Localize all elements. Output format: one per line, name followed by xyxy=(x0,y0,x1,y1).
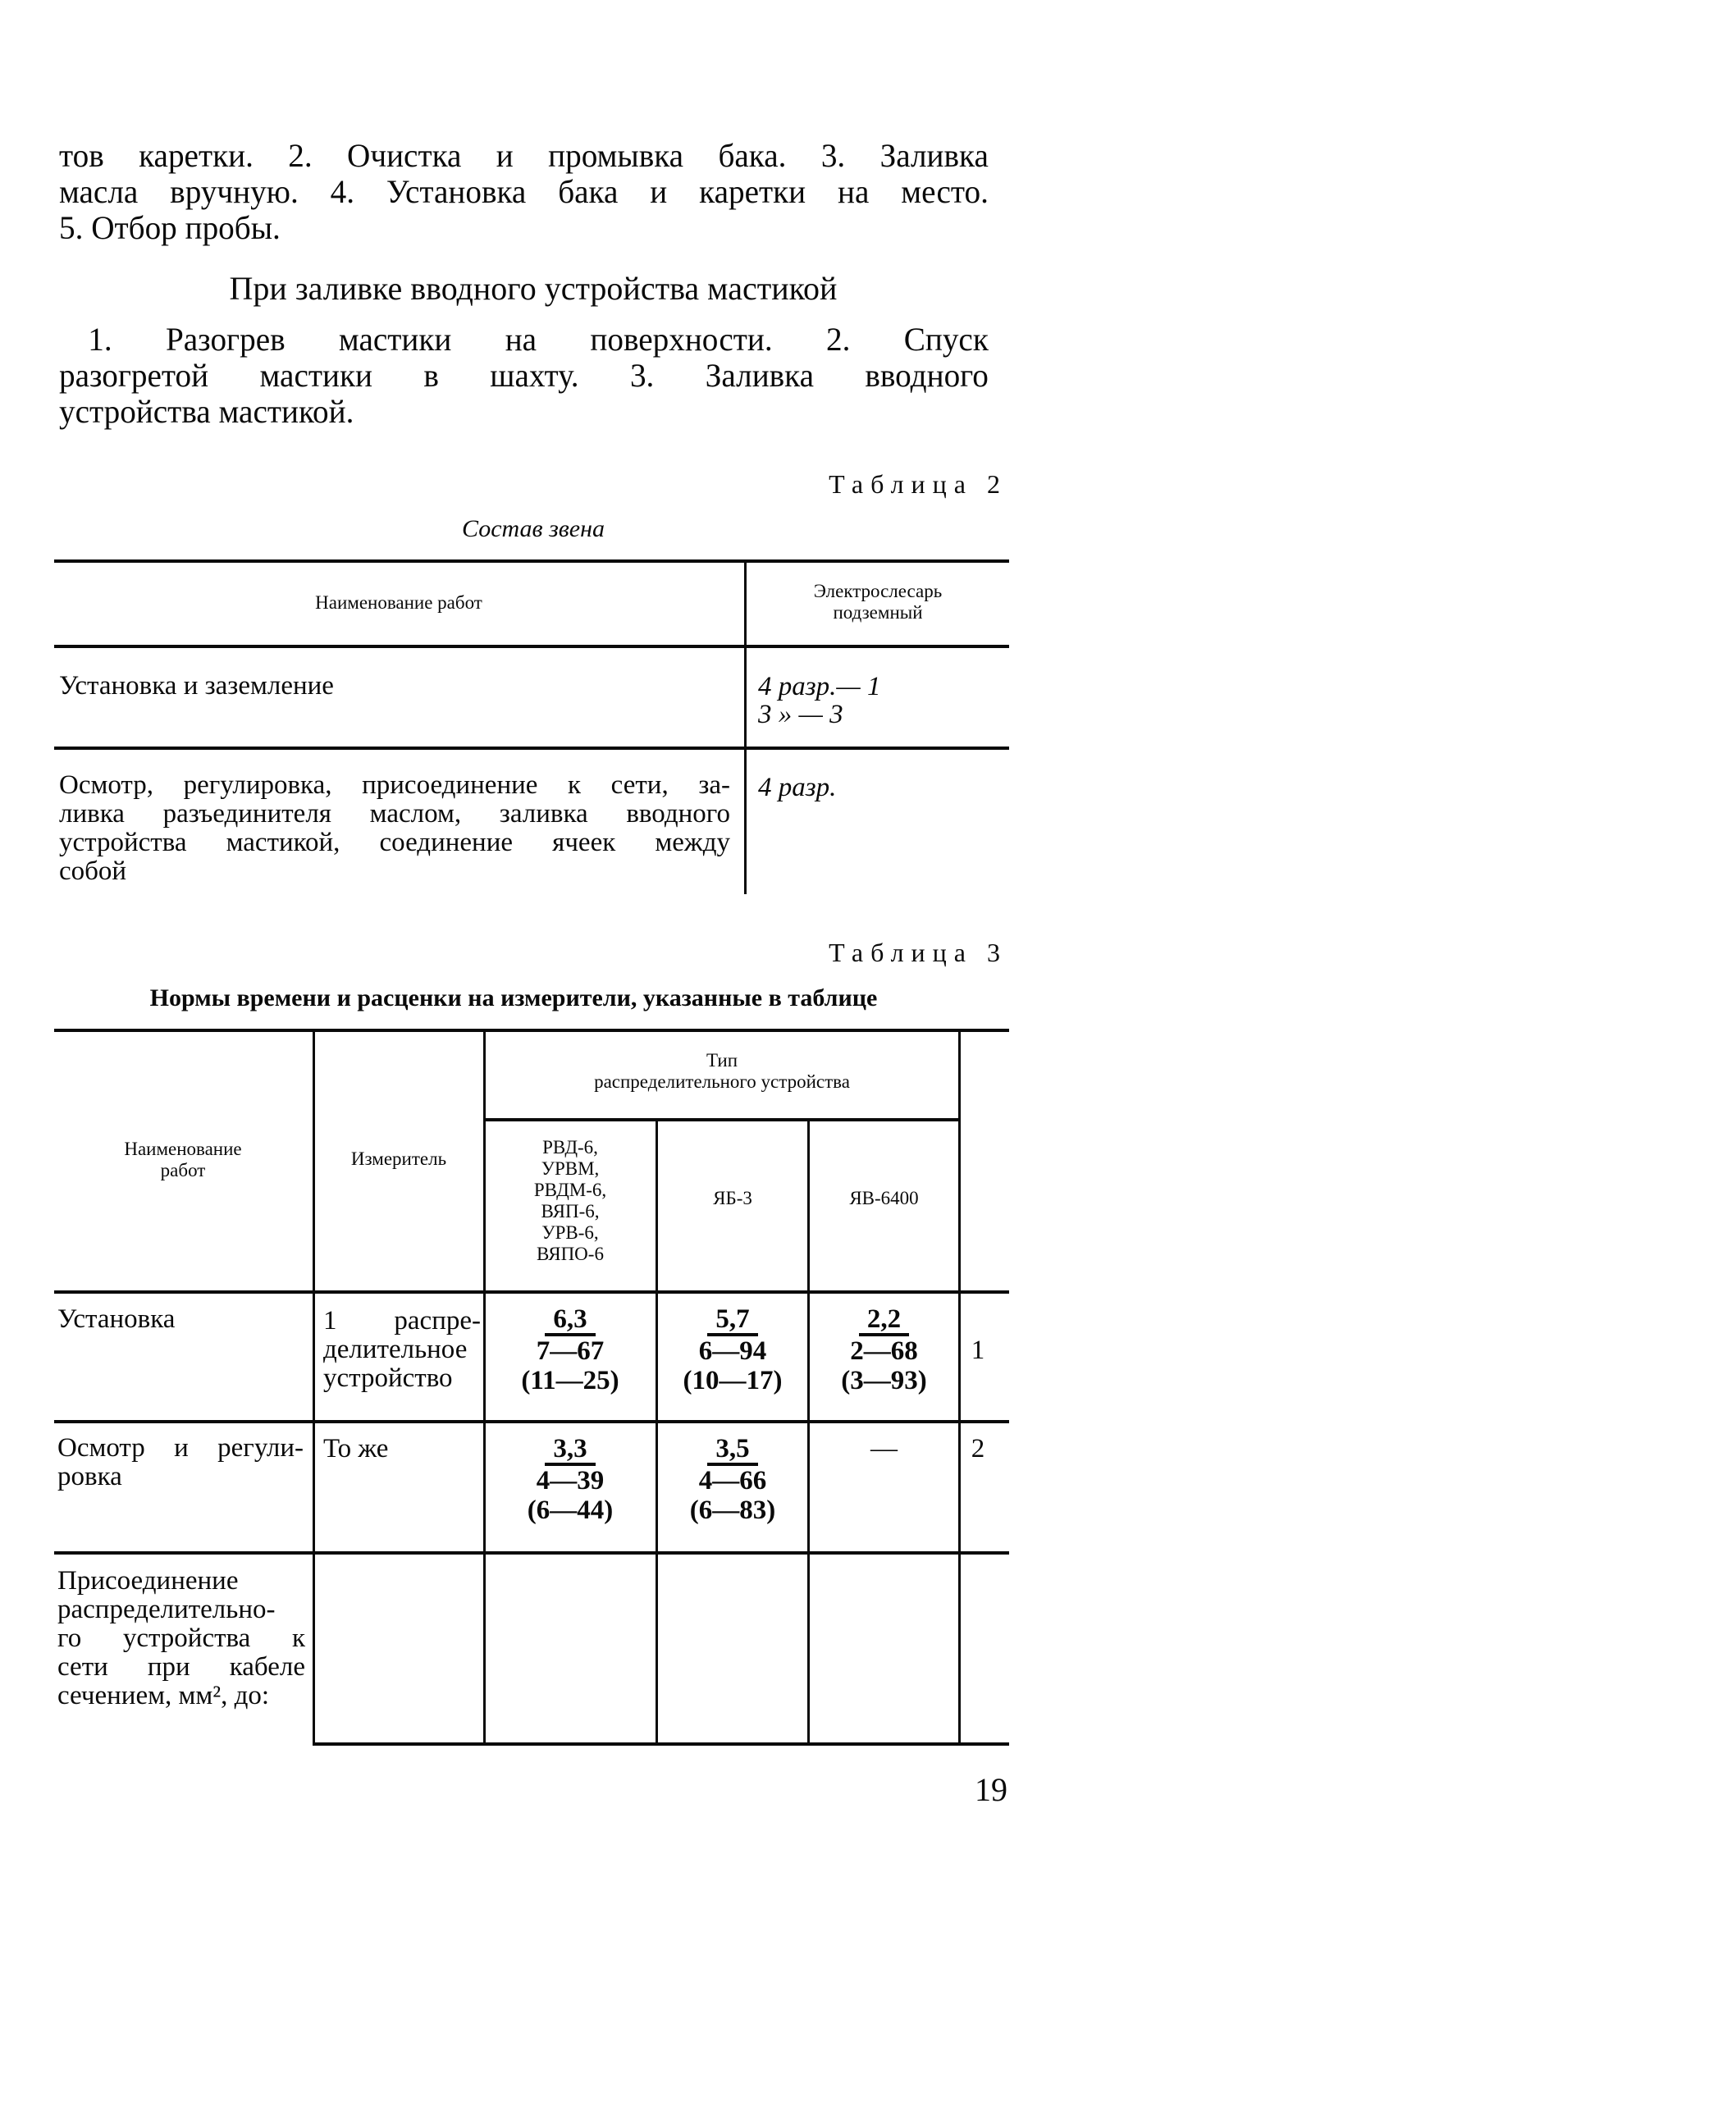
table2-label: Таблица 2 xyxy=(829,469,1007,499)
header-line: распределительного устройства xyxy=(486,1071,958,1093)
price-value: 7—67 xyxy=(486,1336,655,1366)
table2-header-work: Наименование работ xyxy=(54,592,743,614)
work-line: собой xyxy=(59,857,730,886)
work-line: устройства мастикой, соединение ячеек ме… xyxy=(59,829,730,857)
work-line: ровка xyxy=(57,1463,304,1491)
table3-row2-value-2: 3,5 4—66 (6—83) xyxy=(658,1434,807,1525)
price-value: 4—66 xyxy=(658,1466,807,1495)
table3-row2-index: 2 xyxy=(962,1434,994,1463)
unit-line: устройство xyxy=(323,1364,481,1393)
price-value: 2—68 xyxy=(810,1336,958,1366)
type-line: УРВМ, xyxy=(486,1158,655,1180)
table3-caption: Нормы времени и расценки на измерители, … xyxy=(54,984,973,1012)
table3-row1-value-3: 2,2 2—68 (3—93) xyxy=(810,1304,958,1395)
alt-price-value: (11—25) xyxy=(486,1366,655,1395)
table2-row-rule xyxy=(54,747,1009,750)
header-line: Наименование xyxy=(54,1139,312,1160)
work-line: Присоединение xyxy=(57,1567,305,1596)
alt-price-value: (6—83) xyxy=(658,1495,807,1525)
table3-row2-value-1: 3,3 4—39 (6—44) xyxy=(486,1434,655,1525)
work-line: го устройства к xyxy=(57,1624,305,1653)
unit-line: 1 распре- xyxy=(323,1307,481,1336)
staff-line: 3 » — 3 xyxy=(758,701,1004,728)
work-line: Осмотр, регулировка, присоединение к сет… xyxy=(59,771,730,800)
table2-header-staff: Электрослесарь подземный xyxy=(747,581,1009,623)
unit-line: делительное xyxy=(323,1336,481,1364)
table3-bottom-rule xyxy=(313,1742,1009,1746)
intro-paragraph: тов каретки. 2. Очистка и промывка бака.… xyxy=(59,138,989,246)
work-line: Осмотр и регули- xyxy=(57,1434,304,1463)
section-paragraph: 1. Разогрев мастики на поверхности. 2. С… xyxy=(59,322,989,430)
table3-row1-value-2: 5,7 6—94 (10—17) xyxy=(658,1304,807,1395)
work-line: распределительно- xyxy=(57,1596,305,1624)
table3-row1-rule xyxy=(54,1420,1009,1423)
section-heading: При заливке вводного устройства мастикой xyxy=(59,271,1007,307)
section-line: устройства мастикой. xyxy=(59,394,989,430)
norm-value: 3,5 xyxy=(707,1435,757,1466)
norm-value: 2,2 xyxy=(859,1305,909,1336)
norm-value: 3,3 xyxy=(545,1435,595,1466)
table3-row2-unit: То же xyxy=(323,1434,481,1463)
price-value: 6—94 xyxy=(658,1336,807,1366)
table3-row2-rule xyxy=(54,1551,1009,1555)
table2-row1-staff: 4 разр.— 1 3 » — 3 xyxy=(758,673,1004,728)
table3-top-rule xyxy=(54,1029,1009,1032)
staff-line: 4 разр.— 1 xyxy=(758,673,1004,701)
table2-row2-staff: 4 разр. xyxy=(758,773,1004,802)
table3-row1-unit: 1 распре- делительное устройство xyxy=(323,1307,481,1393)
table3-header-group: Тип распределительного устройства xyxy=(486,1050,958,1093)
price-value: 4—39 xyxy=(486,1466,655,1495)
table3-header-type-2: ЯБ-3 xyxy=(658,1188,807,1209)
table3-col-divider xyxy=(807,1120,810,1746)
table3-group-rule xyxy=(484,1118,960,1121)
table3-label: Таблица 3 xyxy=(829,938,1007,967)
header-line: Тип xyxy=(486,1050,958,1071)
table2-row1-work: Установка и заземление xyxy=(59,671,732,701)
norm-value: 6,3 xyxy=(545,1305,595,1336)
table3-header-rule xyxy=(54,1290,1009,1294)
table2-top-rule xyxy=(54,559,1009,563)
header-line: работ xyxy=(54,1160,312,1181)
alt-price-value: (10—17) xyxy=(658,1366,807,1395)
header-line: Электрослесарь xyxy=(747,581,1009,602)
table3-row1-work: Установка xyxy=(57,1304,304,1334)
table3-row2-work: Осмотр и регули- ровка xyxy=(57,1434,304,1491)
table2-caption: Состав звена xyxy=(59,515,1007,543)
table3-row1-value-1: 6,3 7—67 (11—25) xyxy=(486,1304,655,1395)
page-number: 19 xyxy=(975,1772,1007,1808)
table3-header-unit: Измеритель xyxy=(315,1148,482,1170)
type-line: ВЯПО-6 xyxy=(486,1244,655,1265)
table3-col-divider xyxy=(656,1120,658,1746)
work-line: сечением, мм², до: xyxy=(57,1682,305,1710)
table3-col-divider xyxy=(313,1030,315,1746)
table3-header-type-3: ЯВ-6400 xyxy=(810,1188,958,1209)
norm-value: 5,7 xyxy=(707,1305,757,1336)
header-line: подземный xyxy=(747,602,1009,623)
intro-line: тов каретки. 2. Очистка и промывка бака.… xyxy=(59,138,989,174)
table3-col-divider xyxy=(958,1030,961,1746)
section-line: разогретой мастики в шахту. 3. Заливка в… xyxy=(59,358,989,394)
table3-header-type-1: РВД-6, УРВМ, РВДМ-6, ВЯП-6, УРВ-6, ВЯПО-… xyxy=(486,1137,655,1265)
table3-row3-work: Присоединение распределительно- го устро… xyxy=(57,1567,305,1710)
table3-header-work: Наименование работ xyxy=(54,1139,312,1181)
table2-row2-work: Осмотр, регулировка, присоединение к сет… xyxy=(59,771,730,886)
table3-row2-value-3-dash: — xyxy=(810,1434,958,1463)
work-line: сети при кабеле xyxy=(57,1653,305,1682)
type-line: РВД-6, xyxy=(486,1137,655,1158)
alt-price-value: (6—44) xyxy=(486,1495,655,1525)
table2-header-rule xyxy=(54,645,1009,648)
type-line: УРВ-6, xyxy=(486,1222,655,1244)
table3-row1-index: 1 xyxy=(962,1336,994,1365)
intro-line: масла вручную. 4. Установка бака и карет… xyxy=(59,174,989,210)
alt-price-value: (3—93) xyxy=(810,1366,958,1395)
type-line: РВДМ-6, xyxy=(486,1180,655,1201)
type-line: ВЯП-6, xyxy=(486,1201,655,1222)
intro-line: 5. Отбор пробы. xyxy=(59,210,989,246)
work-line: ливка разъединителя маслом, заливка ввод… xyxy=(59,800,730,829)
section-line: 1. Разогрев мастики на поверхности. 2. С… xyxy=(59,322,989,358)
